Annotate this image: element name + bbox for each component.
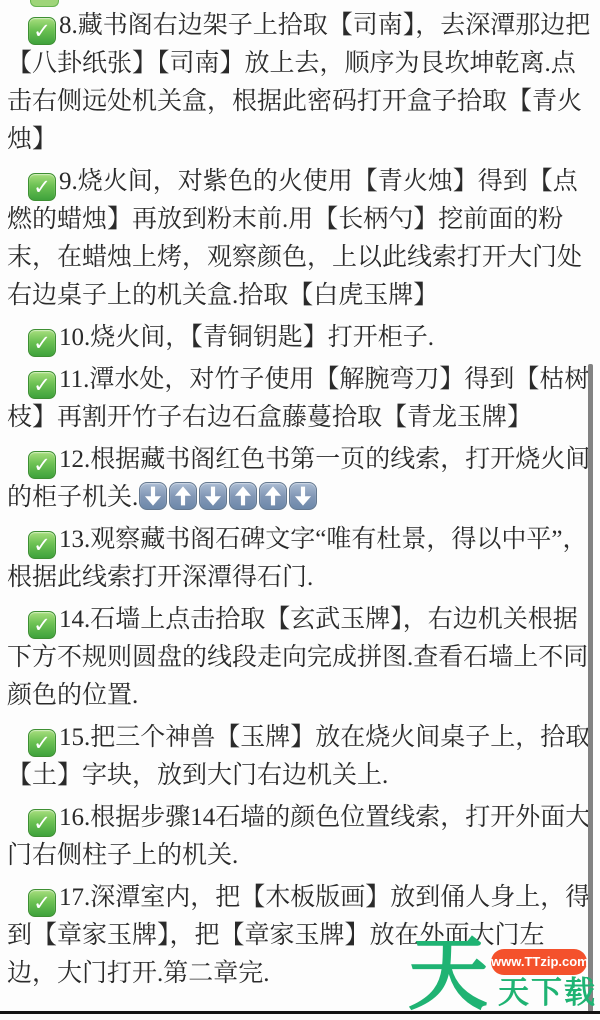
step-text: 9.烧火间，对紫色的火使用【青火烛】得到【点燃的蜡烛】再放到粉末前.用【长柄勺】… (7, 168, 582, 309)
steps-list: ✓8.藏书阁右边架子上拾取【司南】，去深潭那边把【八卦纸张】【司南】放上去，顺序… (7, 7, 594, 993)
walkthrough-step: ✓13.观察藏书阁石碑文字“唯有杜景，得以中平”，根据此线索打开深潭得石门. (7, 521, 594, 597)
walkthrough-step: ✓11.潭水处，对竹子使用【解腕弯刀】得到【枯树枝】再割开竹子右边石盒藤蔓拾取【… (7, 361, 594, 437)
bottom-divider (0, 1011, 600, 1014)
check-emoji-icon: ✓ (28, 329, 56, 357)
watermark-brand-text: 天下载 (498, 975, 597, 1011)
check-emoji-icon: ✓ (28, 531, 56, 559)
check-emoji-icon: ✓ (28, 809, 56, 837)
arrow-up-icon (229, 482, 257, 510)
step-text: 13.观察藏书阁石碑文字“唯有杜景，得以中平”，根据此线索打开深潭得石门. (7, 526, 587, 591)
arrow-down-icon (199, 482, 227, 510)
watermark: 天 www.TTzip.com 天下载 (405, 925, 600, 1020)
arrow-up-icon (259, 482, 287, 510)
step-text: 8.藏书阁右边架子上拾取【司南】，去深潭那边把【八卦纸张】【司南】放上去，顺序为… (7, 12, 590, 153)
scrollbar-thumb[interactable] (588, 364, 593, 1012)
check-emoji-icon: ✓ (28, 611, 56, 639)
step-text: 11.潭水处，对竹子使用【解腕弯刀】得到【枯树枝】再割开竹子右边石盒藤蔓拾取【青… (7, 366, 589, 431)
check-emoji-icon: ✓ (28, 17, 56, 45)
walkthrough-step: ✓10.烧火间，【青铜钥匙】打开柜子. (7, 319, 594, 357)
arrow-down-icon (139, 482, 167, 510)
watermark-logo-icon: 天 (408, 935, 488, 1015)
check-emoji-icon: ✓ (28, 173, 56, 201)
step-text: 16.根据步骤14石墙的颜色位置线索，打开外面大门右侧柱子上的机关. (7, 804, 590, 869)
step-text: 10.烧火间，【青铜钥匙】打开柜子. (59, 324, 434, 351)
walkthrough-step: ✓15.把三个神兽【玉牌】放在烧火间桌子上，拾取【土】字块，放到大门右边机关上. (7, 719, 594, 795)
arrow-up-icon (169, 482, 197, 510)
step-text: 14.石墙上点击拾取【玄武玉牌】，右边机关根据下方不规则圆盘的线段走向完成拼图.… (7, 606, 588, 709)
clipped-check-emoji-icon (30, 0, 59, 7)
walkthrough-step: ✓14.石墙上点击拾取【玄武玉牌】，右边机关根据下方不规则圆盘的线段走向完成拼图… (7, 601, 594, 715)
watermark-url-badge: www.TTzip.com (491, 949, 587, 975)
walkthrough-step: ✓12.根据藏书阁红色书第一页的线索，打开烧火间的柜子机关. (7, 441, 594, 517)
walkthrough-step: ✓16.根据步骤14石墙的颜色位置线索，打开外面大门右侧柱子上的机关. (7, 799, 594, 875)
arrow-keys (138, 484, 318, 511)
arrow-down-icon (289, 482, 317, 510)
check-emoji-icon: ✓ (28, 371, 56, 399)
walkthrough-step: ✓9.烧火间，对紫色的火使用【青火烛】得到【点燃的蜡烛】再放到粉末前.用【长柄勺… (7, 163, 594, 315)
walkthrough-article: ✓8.藏书阁右边架子上拾取【司南】，去深潭那边把【八卦纸张】【司南】放上去，顺序… (0, 0, 600, 997)
walkthrough-step: ✓8.藏书阁右边架子上拾取【司南】，去深潭那边把【八卦纸张】【司南】放上去，顺序… (7, 7, 594, 159)
check-emoji-icon: ✓ (28, 729, 56, 757)
check-emoji-icon: ✓ (28, 451, 56, 479)
page: { "page": { "background": "#fdfdfd", "te… (0, 0, 600, 1020)
check-emoji-icon: ✓ (28, 889, 56, 917)
step-text: 15.把三个神兽【玉牌】放在烧火间桌子上，拾取【土】字块，放到大门右边机关上. (7, 724, 590, 789)
